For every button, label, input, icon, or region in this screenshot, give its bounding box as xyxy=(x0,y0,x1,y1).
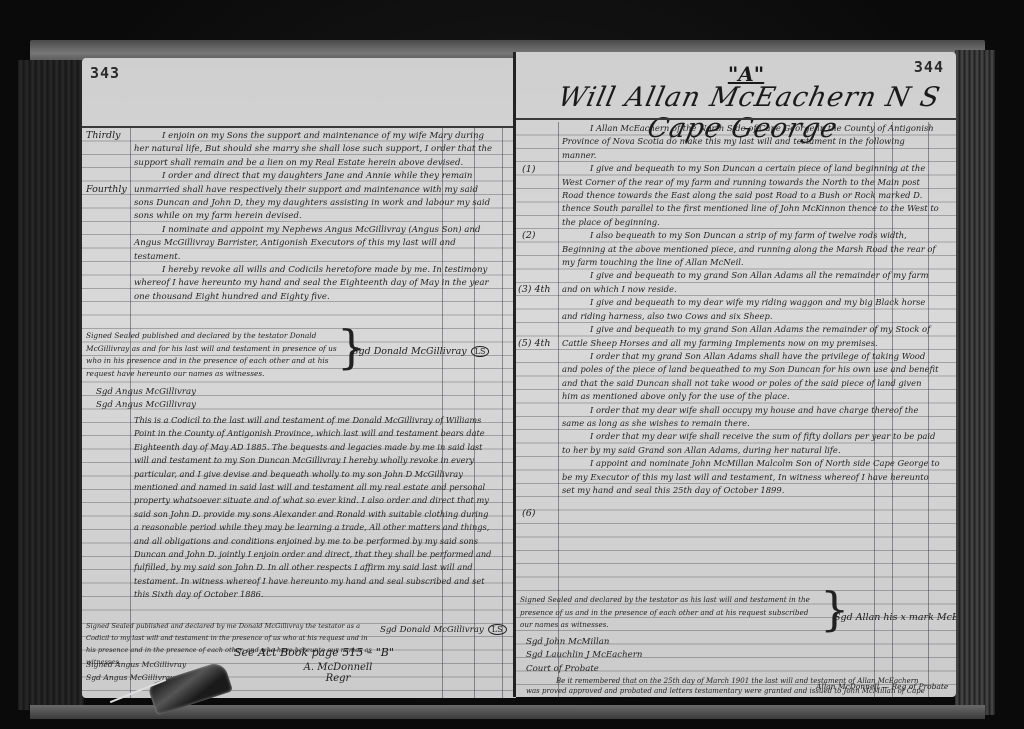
clause-thirdly: I enjoin on my Sons the support and main… xyxy=(134,130,494,170)
bequest-item: I order that my grand Son Allan Adams sh… xyxy=(562,350,940,404)
left-page: 343 Thirdly Fourthly I enjoin on my Sons… xyxy=(82,58,516,698)
book-left-edge xyxy=(18,60,84,710)
will-body-right: I Allan McEachern of the North Side of C… xyxy=(562,122,940,497)
witness-signature: Sgd Angus McGillivray xyxy=(96,399,296,412)
witness-list-right: Sgd John McMillan Sgd Lauchlin J McEache… xyxy=(526,636,726,676)
testator-signature-1: Sgd Donald McGillivrayLS xyxy=(352,346,489,357)
bequest-item: I order that my dear wife shall receive … xyxy=(562,430,940,457)
margin-item-1: (1) xyxy=(522,164,535,175)
margin-note-fourthly: Fourthly xyxy=(86,184,127,195)
attestation-clause-right: Signed Sealed and declared by the testat… xyxy=(520,594,820,632)
witness-signature: Sgd Lauchlin J McEachern xyxy=(526,649,726,662)
bequest-item: I order that my dear wife shall occupy m… xyxy=(562,404,940,431)
clause-fourthly: I order and direct that my daughters Jan… xyxy=(134,170,494,224)
margin-item-2: (2) xyxy=(522,230,535,241)
executor-clause: I appoint and nominate John McMillan Mal… xyxy=(562,457,940,497)
margin-item-5: (5) 4th xyxy=(518,338,550,349)
will-body-left: I enjoin on my Sons the support and main… xyxy=(134,130,494,304)
bequest-item: I also bequeath to my Son Duncan a strip… xyxy=(562,229,940,269)
margin-note-thirdly: Thirdly xyxy=(86,130,121,141)
header-rule xyxy=(516,118,956,120)
attestation-clause-1: Signed Sealed published and declared by … xyxy=(86,330,340,380)
left-page-number: 343 xyxy=(90,64,120,82)
seal-ls: LS xyxy=(488,624,507,635)
margin-line xyxy=(130,128,131,698)
margin-item-3: (3) 4th xyxy=(518,284,550,295)
witness-list-1: Sgd Angus McGillivray Sgd Angus McGilliv… xyxy=(96,386,296,413)
seal-ls: LS xyxy=(471,346,490,357)
brace: } xyxy=(820,586,849,632)
column-line xyxy=(502,128,503,698)
bequest-item: I give and bequeath to my grand Son Alla… xyxy=(562,269,940,296)
witness-signature: Sgd John McMillan xyxy=(526,636,726,649)
clause-executors: I nominate and appoint my Nephews Angus … xyxy=(134,224,494,264)
will-intro: I Allan McEachern of the North Side of C… xyxy=(562,122,940,162)
act-book-reference: See Act Book page 515 – "B" xyxy=(234,646,394,659)
witness-signature: Sgd Angus McGillivray xyxy=(96,386,296,399)
registrar-signature: A. McDonnell Regr xyxy=(278,662,398,684)
margin-item-6: (6) xyxy=(522,508,535,519)
testator-signature-right: Sgd Allan his x mark McEachernLS xyxy=(834,612,956,623)
codicil-body: This is a Codicil to the last will and t… xyxy=(134,414,494,602)
book-right-page-stack xyxy=(955,50,995,715)
bequest-item: I give and bequeath to my dear wife my r… xyxy=(562,296,940,323)
testator-signature-2: Sgd Donald McGillivrayLS xyxy=(380,624,507,635)
bequest-item: I give and bequeath to my grand Son Alla… xyxy=(562,323,940,350)
probate-registrar-signature: Allan McDonnell — Reg of Probate xyxy=(816,682,948,691)
probate-heading: Court of Probate xyxy=(526,663,726,676)
right-page: 344 "A" Will Allan McEachern N S Cape Ge… xyxy=(516,52,956,697)
bequest-item: I give and bequeath to my Son Duncan a c… xyxy=(562,162,940,229)
clause-revocation: I hereby revoke all wills and Codicils h… xyxy=(134,264,494,304)
